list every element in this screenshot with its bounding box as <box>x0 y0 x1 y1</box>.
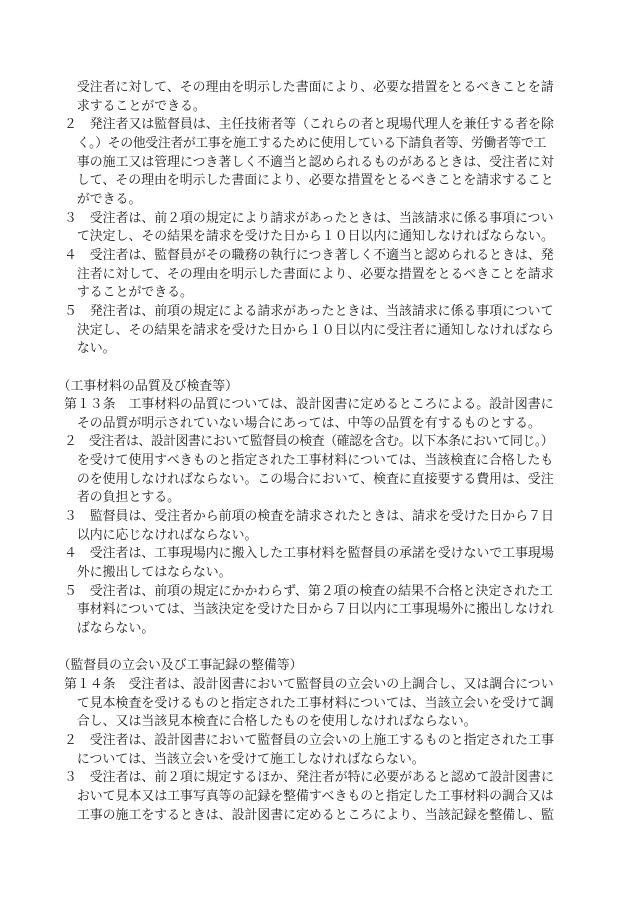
blank-line <box>64 358 569 377</box>
text-line: ４ 受注者は、工事現場内に搬入した工事材料を監督員の承諾を受けないで工事現場 <box>64 544 569 563</box>
text-line: 合し、又は当該見本検査に合格したものを使用しなければならない。 <box>64 712 569 731</box>
text-line: ５ 受注者は、前項の規定にかかわらず、第２項の検査の結果不合格と決定された工 <box>64 582 569 601</box>
text-line: を受けて使用すべきものと指定された工事材料については、当該検査に合格したも <box>64 451 569 470</box>
section-heading-line: （工事材料の品質及び検査等） <box>58 377 569 396</box>
text-line: ４ 受注者は、監督員がその職務の執行につき著しく不適当と認められるときは、発 <box>64 246 569 265</box>
text-line: て見本検査を受けるものと指定された工事材料については、当該立会いを受けて調 <box>64 694 569 713</box>
text-line: 決定し、その結果を請求を受けた日から１０日以内に受注者に通知しなければなら <box>64 321 569 340</box>
section-heading-line: （監督員の立会い及び工事記録の整備等） <box>58 656 569 675</box>
blank-line <box>64 638 569 657</box>
text-line: ３ 受注者は、前２項の規定により請求があったときは、当該請求に係る事項につい <box>64 209 569 228</box>
text-line: 者の負担とする。 <box>64 488 569 507</box>
text-line: て決定し、その結果を請求を受けた日から１０日以内に通知しなければならない。 <box>64 227 569 246</box>
document-body: 受注者に対して、その理由を明示した書面により、必要な措置をとるべきことを請求する… <box>64 78 569 824</box>
text-line: 注者に対して、その理由を明示した書面により、必要な措置をとるべきことを請求 <box>64 265 569 284</box>
document-page: 受注者に対して、その理由を明示した書面により、必要な措置をとるべきことを請求する… <box>0 0 630 903</box>
text-line: ２ 受注者は、設計図書において監督員の立会いの上施工するものと指定された工事 <box>64 731 569 750</box>
text-line: ばならない。 <box>64 619 569 638</box>
text-line: く。）その他受注者が工事を施工するために使用している下請負者等、労働者等で工 <box>64 134 569 153</box>
text-line: 外に搬出してはならない。 <box>64 563 569 582</box>
text-line: のを使用しなければならない。この場合において、検査に直接要する費用は、受注 <box>64 470 569 489</box>
text-line: することができる。 <box>64 283 569 302</box>
text-line: 事の施工又は管理につき著しく不適当と認められるものがあるときは、受注者に対 <box>64 153 569 172</box>
text-line: して、その理由を明示した書面により、必要な措置をとるべきことを請求すること <box>64 171 569 190</box>
text-line: 事材料については、当該決定を受けた日から７日以内に工事現場外に搬出しなけれ <box>64 600 569 619</box>
text-line: ができる。 <box>64 190 569 209</box>
text-line: 第１３条 工事材料の品質については、設計図書に定めるところによる。設計図書に <box>64 395 569 414</box>
text-line: ５ 発注者は、前項の規定による請求があったときは、当該請求に係る事項について <box>64 302 569 321</box>
text-line: 第１４条 受注者は、設計図書において監督員の立会いの上調合し、又は調合につい <box>64 675 569 694</box>
text-line: ２ 発注者又は監督員は、主任技術者等（これらの者と現場代理人を兼任する者を除 <box>64 115 569 134</box>
text-line: ない。 <box>64 339 569 358</box>
text-line: 受注者に対して、その理由を明示した書面により、必要な措置をとるべきことを請 <box>64 78 569 97</box>
text-line: ３ 受注者は、前２項に規定するほか、発注者が特に必要があると認めて設計図書に <box>64 768 569 787</box>
text-line: 工事の施工をするときは、設計図書に定めるところにより、当該記録を整備し、監 <box>64 806 569 825</box>
text-line: その品質が明示されていない場合にあっては、中等の品質を有するものとする。 <box>64 414 569 433</box>
text-line: 以内に応じなければならない。 <box>64 526 569 545</box>
text-line: おいて見本又は工事写真等の記録を整備すべきものと指定した工事材料の調合又は <box>64 787 569 806</box>
text-line: ３ 監督員は、受注者から前項の検査を請求されたときは、請求を受けた日から７日 <box>64 507 569 526</box>
text-line: 求することができる。 <box>64 97 569 116</box>
text-line: については、当該立会いを受けて施工しなければならない。 <box>64 750 569 769</box>
text-line: ２ 受注者は、設計図書において監督員の検査（確認を含む。以下本条において同じ。） <box>64 432 569 451</box>
